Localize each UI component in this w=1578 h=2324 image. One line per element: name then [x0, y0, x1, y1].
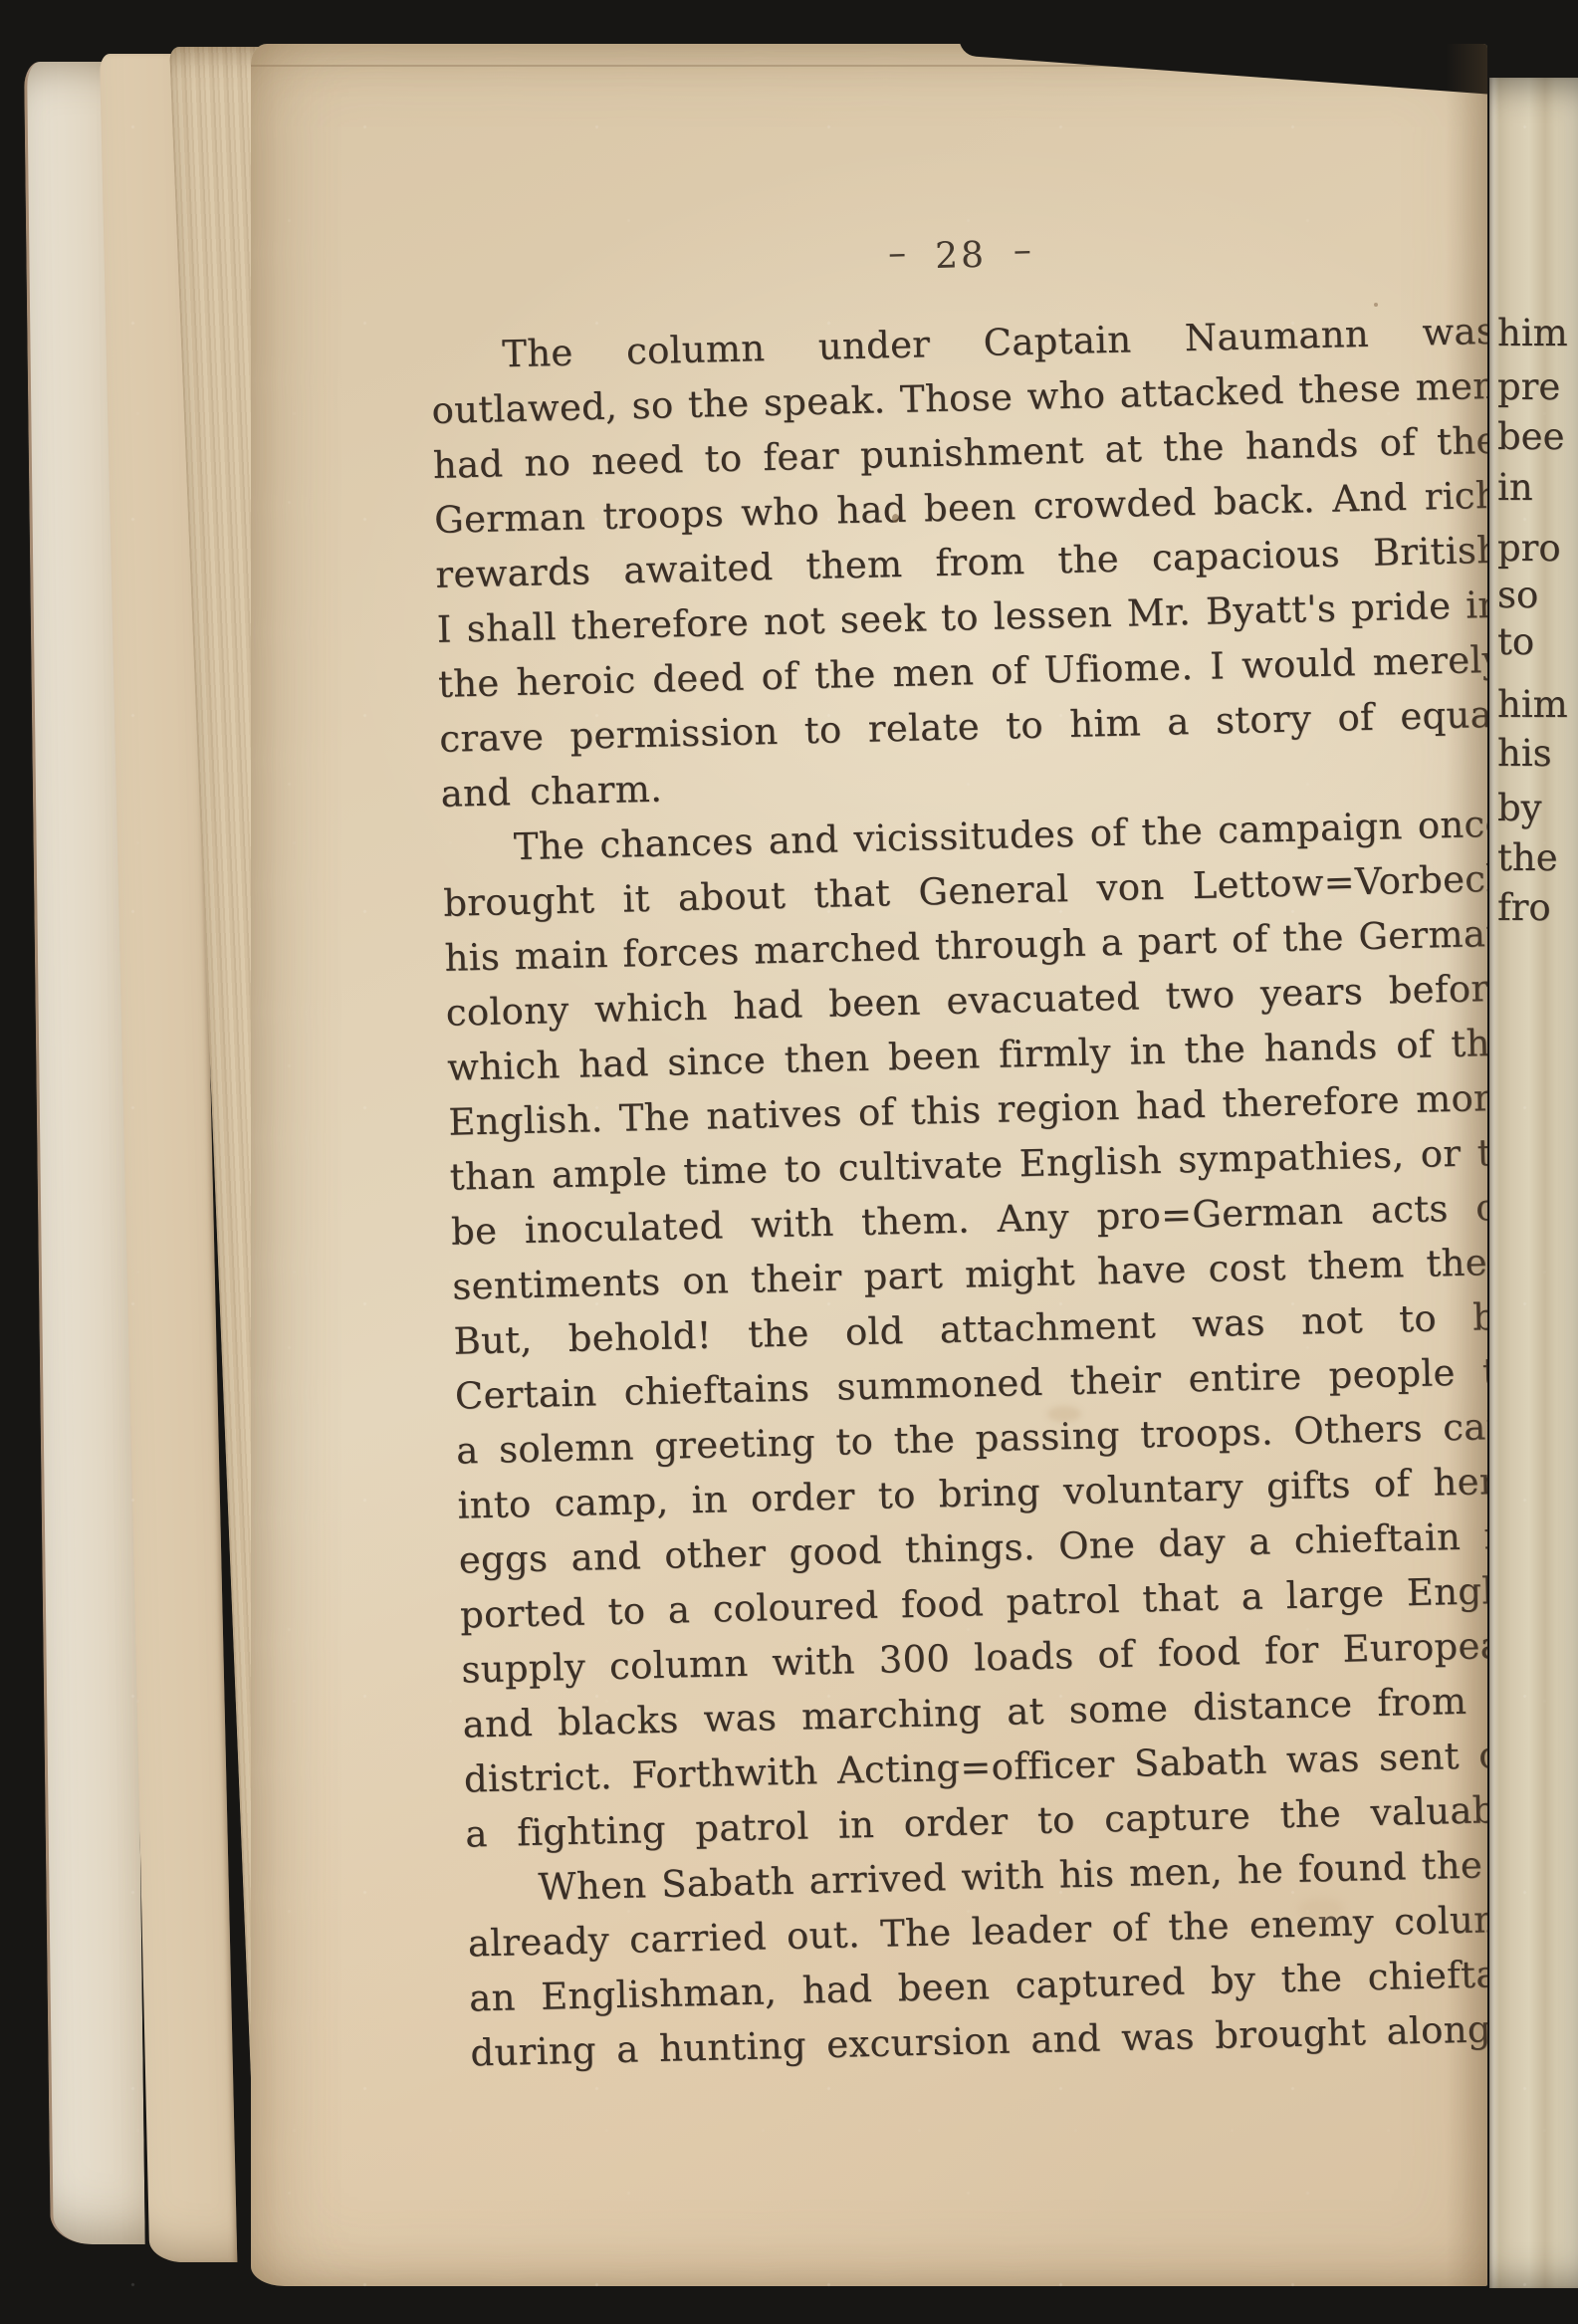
next-page-text-fragment: to — [1497, 615, 1534, 669]
next-page-text-fragment: him — [1497, 307, 1568, 360]
next-page-text-fragment: bee — [1497, 410, 1564, 464]
next-page-text-fragment: in — [1497, 461, 1533, 515]
page-number: –28– — [830, 223, 1090, 289]
next-page-text-fragment: pre — [1497, 360, 1560, 414]
page-number-dash-right: – — [1013, 230, 1033, 271]
next-page-text-fragment: pro — [1497, 522, 1561, 576]
next-page-text-fragment: his — [1497, 727, 1552, 781]
next-page-text-fragment: so — [1497, 569, 1538, 622]
book-page: –28– The column under Captain Naumann wa… — [251, 44, 1487, 2286]
next-page-text-fragment: by — [1497, 782, 1542, 835]
next-page-text-fragment: him — [1497, 678, 1568, 732]
page-number-value: 28 — [935, 235, 988, 277]
page-content: –28– The column under Captain Naumann wa… — [251, 44, 1487, 2286]
next-page-text-fragment: the — [1497, 831, 1558, 885]
next-page-sliver: himprebeeinprosotohimhisbythefro — [1489, 78, 1578, 2288]
scanned-book-photo: –28– The column under Captain Naumann wa… — [0, 0, 1578, 2324]
next-page-text-fragment: fro — [1497, 881, 1551, 935]
page-number-dash-left: – — [888, 233, 909, 274]
